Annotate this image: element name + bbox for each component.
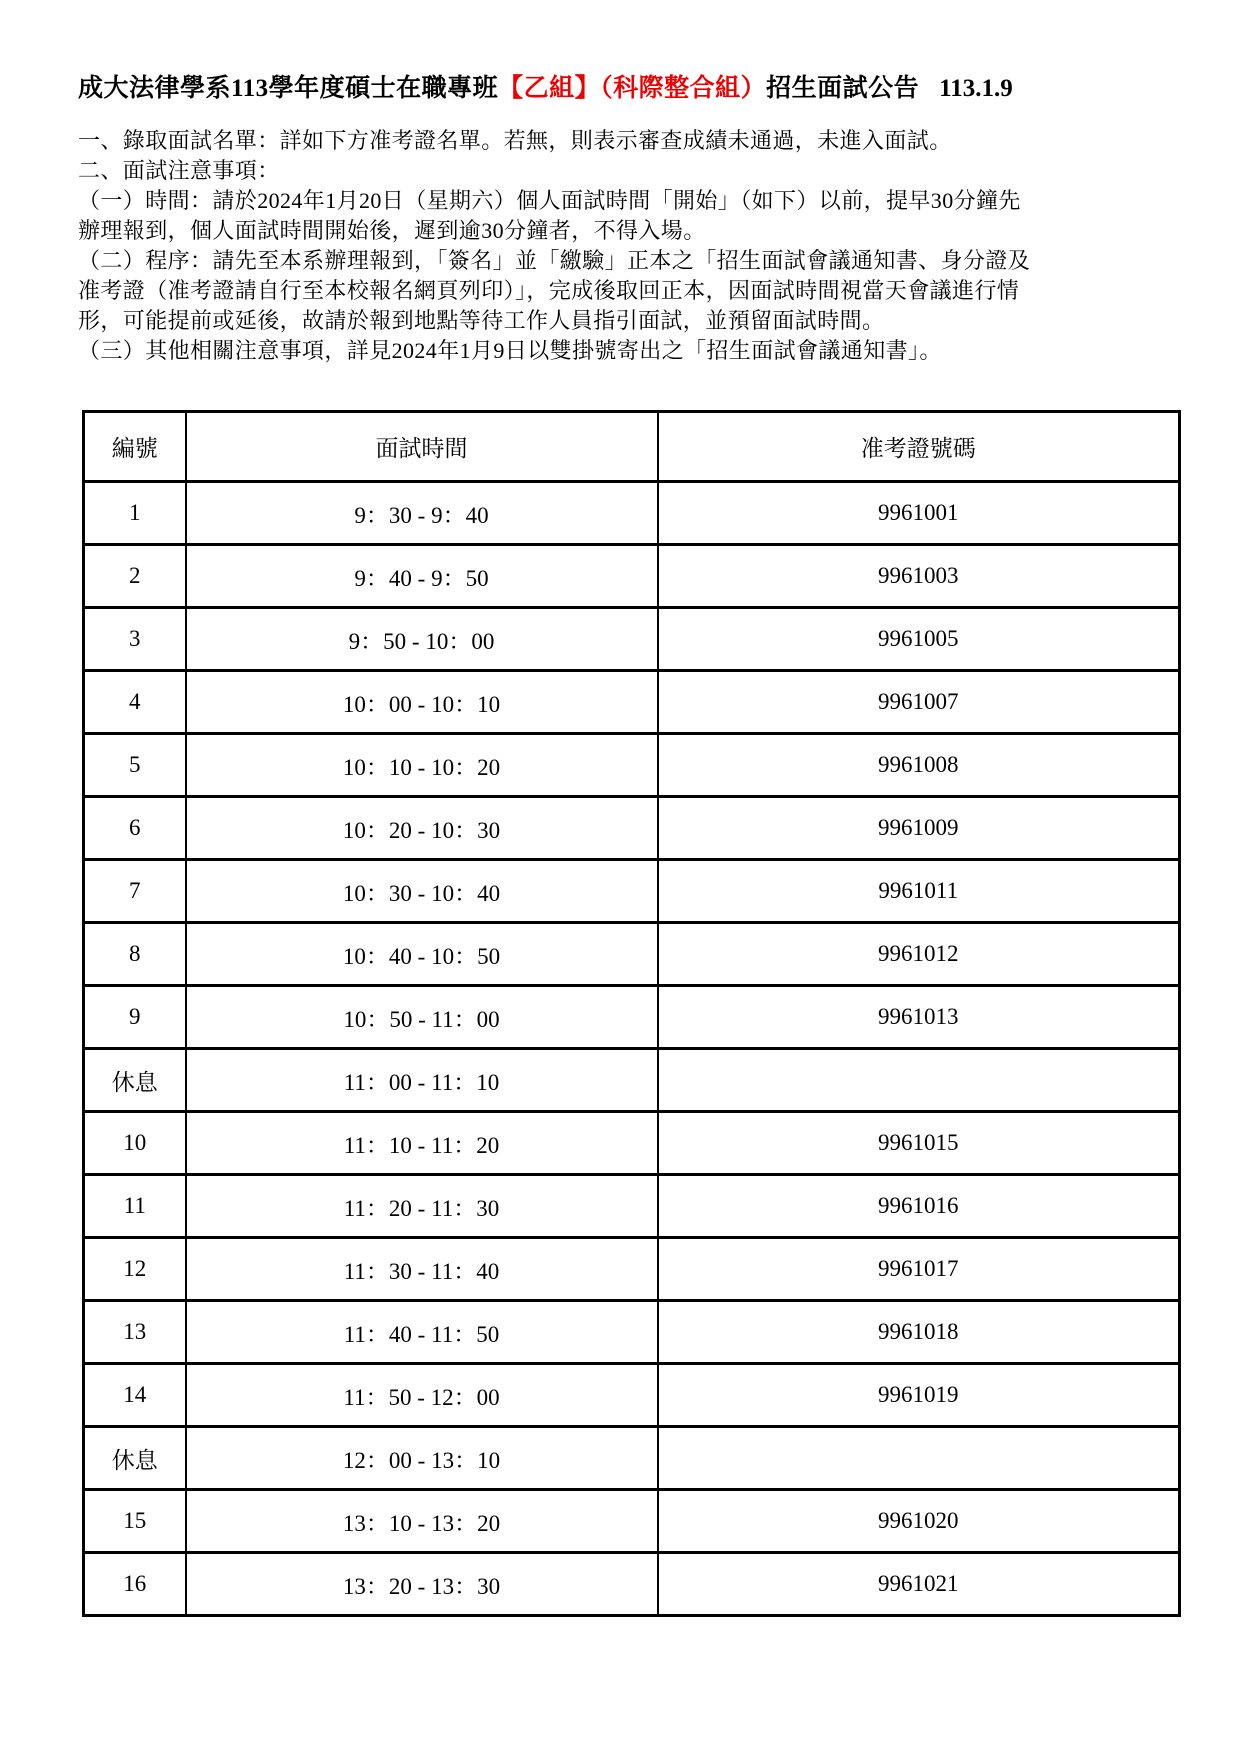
- table-row: 810：40 - 10：509961012: [84, 923, 1180, 986]
- cell-number: 4: [84, 671, 186, 734]
- cell-number: 10: [84, 1112, 186, 1175]
- notice-section: 一、錄取面試名單：詳如下方准考證名單。若無，則表示審查成績未通過，未進入面試。二…: [78, 126, 1170, 366]
- table-body: 19：30 - 9：40996100129：40 - 9：50996100339…: [84, 482, 1180, 1616]
- table-row: 410：00 - 10：109961007: [84, 671, 1180, 734]
- title-main: 成大法律學系113學年度碩士在職專班: [78, 75, 498, 102]
- cell-number: 休息: [84, 1049, 186, 1112]
- cell-interview-time: 10：00 - 10：10: [186, 671, 658, 734]
- table-row: 910：50 - 11：009961013: [84, 986, 1180, 1049]
- cell-interview-time: 11：30 - 11：40: [186, 1238, 658, 1301]
- cell-ticket-number: 9961005: [658, 608, 1180, 671]
- cell-interview-time: 11：50 - 12：00: [186, 1364, 658, 1427]
- cell-number: 11: [84, 1175, 186, 1238]
- cell-ticket-number: [658, 1049, 1180, 1112]
- table-row: 1111：20 - 11：309961016: [84, 1175, 1180, 1238]
- notice-line: 辦理報到，個人面試時間開始後，遲到逾30分鐘者，不得入場。: [78, 216, 1170, 246]
- cell-ticket-number: 9961017: [658, 1238, 1180, 1301]
- notice-line: 二、面試注意事項：: [78, 156, 1170, 186]
- cell-number: 6: [84, 797, 186, 860]
- cell-interview-time: 9：50 - 10：00: [186, 608, 658, 671]
- cell-interview-time: 10：20 - 10：30: [186, 797, 658, 860]
- table-row: 1211：30 - 11：409961017: [84, 1238, 1180, 1301]
- cell-number: 14: [84, 1364, 186, 1427]
- cell-interview-time: 11：20 - 11：30: [186, 1175, 658, 1238]
- cell-number: 3: [84, 608, 186, 671]
- cell-number: 5: [84, 734, 186, 797]
- cell-ticket-number: 9961011: [658, 860, 1180, 923]
- table-row: 1411：50 - 12：009961019: [84, 1364, 1180, 1427]
- cell-number: 2: [84, 545, 186, 608]
- cell-ticket-number: 9961016: [658, 1175, 1180, 1238]
- table-row: 1011：10 - 11：209961015: [84, 1112, 1180, 1175]
- cell-interview-time: 13：10 - 13：20: [186, 1490, 658, 1553]
- notice-line: （二）程序：請先至本系辦理報到，「簽名」並「繳驗」正本之「招生面試會議通知書、身…: [78, 246, 1170, 276]
- cell-interview-time: 11：40 - 11：50: [186, 1301, 658, 1364]
- table-row: 29：40 - 9：509961003: [84, 545, 1180, 608]
- header-interview-time: 面試時間: [186, 412, 658, 482]
- cell-interview-time: 10：50 - 11：00: [186, 986, 658, 1049]
- cell-number: 休息: [84, 1427, 186, 1490]
- cell-number: 7: [84, 860, 186, 923]
- table-row: 休息12：00 - 13：10: [84, 1427, 1180, 1490]
- header-number: 編號: [84, 412, 186, 482]
- cell-number: 15: [84, 1490, 186, 1553]
- cell-number: 13: [84, 1301, 186, 1364]
- cell-ticket-number: 9961003: [658, 545, 1180, 608]
- cell-interview-time: 9：30 - 9：40: [186, 482, 658, 545]
- cell-number: 12: [84, 1238, 186, 1301]
- notice-line: 准考證（准考證請自行至本校報名網頁列印）」，完成後取回正本，因面試時間視當天會議…: [78, 276, 1170, 306]
- cell-ticket-number: 9961009: [658, 797, 1180, 860]
- page-title: 成大法律學系113學年度碩士在職專班【乙組】（科際整合組）招生面試公告113.1…: [78, 72, 1170, 106]
- cell-ticket-number: 9961001: [658, 482, 1180, 545]
- cell-interview-time: 9：40 - 9：50: [186, 545, 658, 608]
- cell-interview-time: 11：00 - 11：10: [186, 1049, 658, 1112]
- table-row: 39：50 - 10：009961005: [84, 608, 1180, 671]
- cell-ticket-number: 9961008: [658, 734, 1180, 797]
- table-row: 510：10 - 10：209961008: [84, 734, 1180, 797]
- title-date: 113.1.9: [939, 75, 1013, 102]
- cell-ticket-number: [658, 1427, 1180, 1490]
- table-row: 710：30 - 10：409961011: [84, 860, 1180, 923]
- table-row: 1613：20 - 13：309961021: [84, 1553, 1180, 1616]
- cell-ticket-number: 9961007: [658, 671, 1180, 734]
- cell-interview-time: 10：10 - 10：20: [186, 734, 658, 797]
- announcement-page: 成大法律學系113學年度碩士在職專班【乙組】（科際整合組）招生面試公告113.1…: [0, 0, 1240, 1755]
- title-red: 【乙組】（科際整合組）: [498, 75, 766, 102]
- cell-interview-time: 13：20 - 13：30: [186, 1553, 658, 1616]
- notice-line: （一）時間：請於2024年1月20日（星期六）個人面試時間「開始」（如下）以前，…: [78, 186, 1170, 216]
- title-suffix: 招生面試公告: [766, 75, 919, 102]
- table-row: 1311：40 - 11：509961018: [84, 1301, 1180, 1364]
- interview-schedule-table: 編號 面試時間 准考證號碼 19：30 - 9：40996100129：40 -…: [82, 410, 1181, 1617]
- notice-line: 一、錄取面試名單：詳如下方准考證名單。若無，則表示審查成績未通過，未進入面試。: [78, 126, 1170, 156]
- cell-ticket-number: 9961015: [658, 1112, 1180, 1175]
- table-row: 19：30 - 9：409961001: [84, 482, 1180, 545]
- cell-ticket-number: 9961021: [658, 1553, 1180, 1616]
- cell-ticket-number: 9961020: [658, 1490, 1180, 1553]
- cell-number: 8: [84, 923, 186, 986]
- cell-number: 16: [84, 1553, 186, 1616]
- cell-number: 1: [84, 482, 186, 545]
- cell-ticket-number: 9961019: [658, 1364, 1180, 1427]
- cell-interview-time: 10：40 - 10：50: [186, 923, 658, 986]
- cell-interview-time: 11：10 - 11：20: [186, 1112, 658, 1175]
- cell-ticket-number: 9961018: [658, 1301, 1180, 1364]
- cell-ticket-number: 9961012: [658, 923, 1180, 986]
- notice-line: 形，可能提前或延後，故請於報到地點等待工作人員指引面試，並預留面試時間。: [78, 306, 1170, 336]
- table-row: 休息11：00 - 11：10: [84, 1049, 1180, 1112]
- cell-ticket-number: 9961013: [658, 986, 1180, 1049]
- table-header-row: 編號 面試時間 准考證號碼: [84, 412, 1180, 482]
- cell-number: 9: [84, 986, 186, 1049]
- cell-interview-time: 12：00 - 13：10: [186, 1427, 658, 1490]
- header-ticket-number: 准考證號碼: [658, 412, 1180, 482]
- notice-line: （三）其他相關注意事項，詳見2024年1月9日以雙掛號寄出之「招生面試會議通知書…: [78, 336, 1170, 366]
- table-row: 1513：10 - 13：209961020: [84, 1490, 1180, 1553]
- table-row: 610：20 - 10：309961009: [84, 797, 1180, 860]
- cell-interview-time: 10：30 - 10：40: [186, 860, 658, 923]
